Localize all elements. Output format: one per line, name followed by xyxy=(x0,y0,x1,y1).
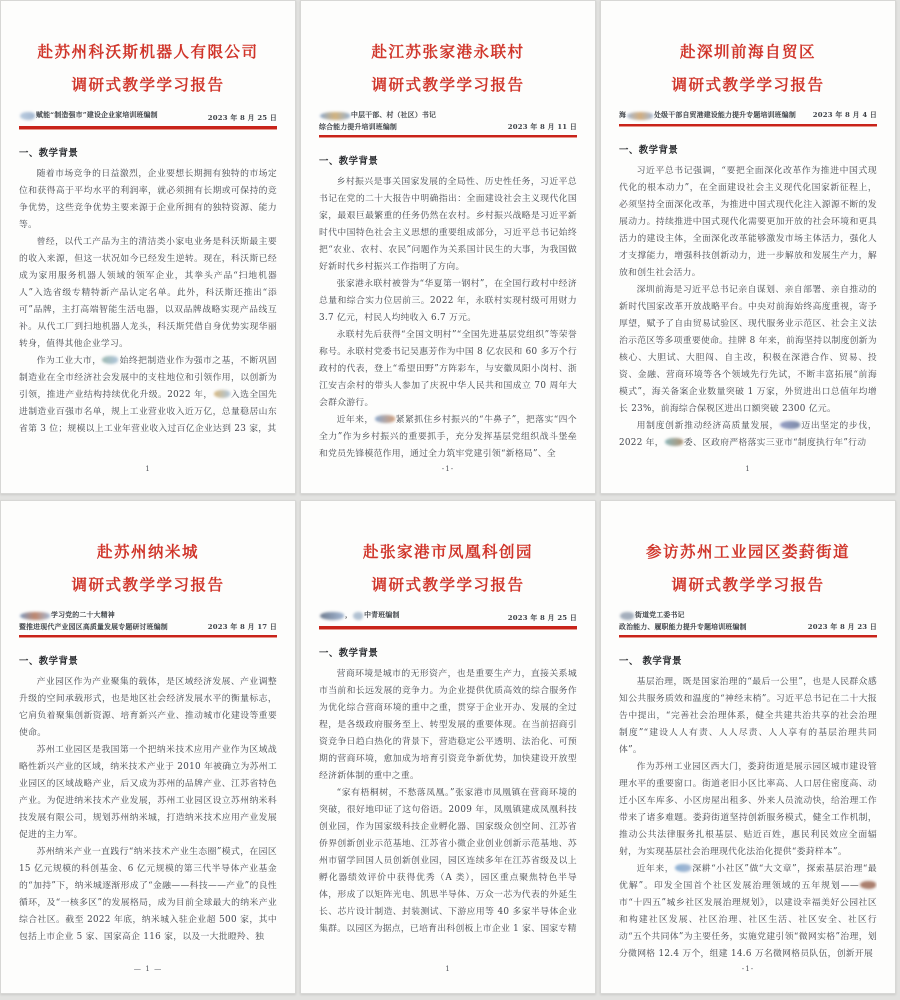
report-title-line2: 调研式教学学习报告 xyxy=(19,568,277,601)
header-line: 赋能“制造强市”建设企业家培训班编制2023 年 8 月 25 日 xyxy=(19,110,277,124)
header-divider-rule xyxy=(19,126,277,129)
redaction-blur xyxy=(675,864,691,872)
document-page: 赴江苏张家港永联村 调研式教学学习报告 中层干部、村（社区）书记综合能力提升培训… xyxy=(300,0,596,494)
header-date: 2023 年 8 月 11 日 xyxy=(508,122,577,134)
redaction-blur xyxy=(375,415,395,423)
body-paragraph: 深圳前海是习近平总书记亲自谋划、亲自部署、亲自推动的新时代国家改革开放战略平台。… xyxy=(619,282,877,418)
header-line: 海处级干部自贸港建设能力提升专题培训班编制2023 年 8 月 4 日 xyxy=(619,110,877,122)
body-paragraph: 乡村振兴是事关国家发展的全局性、历史性任务，习近平总书记在党的二十大报告中明确指… xyxy=(319,174,577,276)
header-date: 2023 年 8 月 23 日 xyxy=(808,622,877,634)
page-number: -1- xyxy=(301,464,595,473)
redaction-blur xyxy=(353,612,363,620)
report-title: 赴张家港市凤凰科创园 调研式教学学习报告 xyxy=(319,535,577,601)
documents-grid: 赴苏州科沃斯机器人有限公司 调研式教学学习报告 赋能“制造强市”建设企业家培训班… xyxy=(0,0,900,1000)
page-number: 1 xyxy=(301,964,595,973)
body-paragraph: 永联村先后获得“全国文明村”“全国先进基层党组织”等荣誉称号。永联村党委书记吴惠… xyxy=(319,327,577,412)
report-title-line2: 调研式教学学习报告 xyxy=(19,68,277,101)
redaction-blur xyxy=(320,112,350,120)
body-paragraph: 用制度创新推动经济高质量发展，迈出坚定的步伐，2022 年，委、区政府严格落实三… xyxy=(619,418,877,452)
report-header: 中层干部、村（社区）书记综合能力提升培训班编制2023 年 8 月 11 日 xyxy=(319,110,577,133)
header-line: 暨推进现代产业园区高质量发展专题研讨班编制2023 年 8 月 17 日 xyxy=(19,622,277,634)
report-title-line1: 赴张家港市凤凰科创园 xyxy=(319,535,577,568)
redaction-blur xyxy=(627,112,653,120)
document-page: 赴深圳前海自贸区 调研式教学学习报告 海处级干部自贸港建设能力提升专题培训班编制… xyxy=(600,0,896,494)
report-header: 海处级干部自贸港建设能力提升专题培训班编制2023 年 8 月 4 日 xyxy=(619,110,877,122)
body-paragraph: 近年来，紧紧抓住乡村振兴的“牛鼻子”，把落实“四个全力”作为乡村振兴的重要抓手，… xyxy=(319,412,577,463)
page-number: — 1 — xyxy=(1,964,295,973)
header-divider-rule xyxy=(319,135,577,138)
header-line: 学习党的二十大精神 xyxy=(19,610,277,622)
report-header: ，中青班编制2023 年 8 月 25 日 xyxy=(319,610,577,624)
body-paragraph: 基层治理，既是国家治理的“最后一公里”，也是人民群众感知公共服务质效和温度的“神… xyxy=(619,674,877,759)
report-title-line1: 赴苏州纳米城 xyxy=(19,535,277,568)
page-number: 1 xyxy=(1,464,295,473)
report-title-line1: 赴苏州科沃斯机器人有限公司 xyxy=(19,35,277,68)
section-heading: 一、教学背景 xyxy=(19,145,277,159)
report-body: 产业园区作为产业聚集的载体，是区域经济发展、产业调整升级的空间承载形式，也是地区… xyxy=(19,674,277,946)
body-paragraph: 产业园区作为产业聚集的载体，是区域经济发展、产业调整升级的空间承载形式，也是地区… xyxy=(19,674,277,742)
report-title: 赴江苏张家港永联村 调研式教学学习报告 xyxy=(319,35,577,101)
report-body: 随着市场竞争的日益激烈，企业要想长期拥有独特的市场定位和获得高于平均水平的利润率… xyxy=(19,166,277,438)
header-divider-rule xyxy=(19,635,277,638)
redaction-blur xyxy=(20,112,35,120)
redaction-blur xyxy=(320,612,344,620)
header-line: ，中青班编制2023 年 8 月 25 日 xyxy=(319,610,577,624)
header-class-info: 街道党工委书记 xyxy=(619,610,685,622)
redaction-blur xyxy=(780,421,800,429)
body-paragraph: 张家港永联村被誉为“华夏第一钢村”，在全国行政村中经济总量和综合实力位居前三。2… xyxy=(319,276,577,327)
body-paragraph: 营商环境是城市的无形资产，也是重要生产力，直接关系城市当前和长远发展的竞争力。为… xyxy=(319,666,577,785)
header-divider-rule xyxy=(619,635,877,638)
body-paragraph: “家有梧桐树，不愁落凤凰。”张家港市凤凰镇在营商环境的突破，很好地印证了这句俗语… xyxy=(319,785,577,938)
header-class-info: 综合能力提升培训班编制 xyxy=(319,122,397,134)
body-paragraph: 作为工业大市，始终把制造业作为强市之基，不断巩固制造业在全市经济社会发展中的支柱… xyxy=(19,353,277,438)
header-class-info: 学习党的二十大精神 xyxy=(19,610,115,622)
header-date: 2023 年 8 月 17 日 xyxy=(208,622,277,634)
redaction-blur xyxy=(102,356,118,364)
header-line: 政治能力、履职能力提升专题培训班编制2023 年 8 月 23 日 xyxy=(619,622,877,634)
report-body: 营商环境是城市的无形资产，也是重要生产力，直接关系城市当前和长远发展的竞争力。为… xyxy=(319,666,577,938)
report-body: 乡村振兴是事关国家发展的全局性、历史性任务，习近平总书记在党的二十大报告中明确指… xyxy=(319,174,577,463)
header-class-info: 政治能力、履职能力提升专题培训班编制 xyxy=(619,622,747,634)
section-heading: 一、 教学背景 xyxy=(619,653,877,667)
document-page: 赴苏州科沃斯机器人有限公司 调研式教学学习报告 赋能“制造强市”建设企业家培训班… xyxy=(0,0,296,494)
header-date: 2023 年 8 月 25 日 xyxy=(208,113,277,125)
page-number: 1 xyxy=(601,464,895,473)
redaction-blur xyxy=(214,390,230,398)
header-class-info: 中层干部、村（社区）书记 xyxy=(319,110,436,122)
body-paragraph: 作为苏州工业园区西大门，娄葑街道是展示园区城市建设管理水平的重要窗口。街道老旧小… xyxy=(619,759,877,861)
redaction-blur xyxy=(620,612,634,620)
report-header: 街道党工委书记政治能力、履职能力提升专题培训班编制2023 年 8 月 23 日 xyxy=(619,610,877,633)
report-body: 习近平总书记强调，“要把全面深化改革作为推进中国式现代化的根本动力”，在全面建设… xyxy=(619,163,877,452)
report-title: 赴苏州科沃斯机器人有限公司 调研式教学学习报告 xyxy=(19,35,277,101)
header-date: 2023 年 8 月 25 日 xyxy=(508,613,577,625)
header-line: 综合能力提升培训班编制2023 年 8 月 11 日 xyxy=(319,122,577,134)
report-title-line2: 调研式教学学习报告 xyxy=(319,568,577,601)
report-title: 赴深圳前海自贸区 调研式教学学习报告 xyxy=(619,35,877,101)
header-divider-rule xyxy=(619,124,877,127)
report-title-line2: 调研式教学学习报告 xyxy=(619,68,877,101)
report-title-line1: 赴江苏张家港永联村 xyxy=(319,35,577,68)
body-paragraph: 习近平总书记强调，“要把全面深化改革作为推进中国式现代化的根本动力”，在全面建设… xyxy=(619,163,877,282)
body-paragraph: 随着市场竞争的日益激烈，企业要想长期拥有独特的市场定位和获得高于平均水平的利润率… xyxy=(19,166,277,234)
redaction-blur xyxy=(860,881,876,889)
page-number: -1- xyxy=(601,964,895,973)
header-divider-rule xyxy=(319,626,577,629)
section-heading: 一、教学背景 xyxy=(19,653,277,667)
report-header: 赋能“制造强市”建设企业家培训班编制2023 年 8 月 25 日 xyxy=(19,110,277,124)
header-class-info: ，中青班编制 xyxy=(319,610,400,622)
header-class-info: 暨推进现代产业园区高质量发展专题研讨班编制 xyxy=(19,622,168,634)
report-title: 赴苏州纳米城 调研式教学学习报告 xyxy=(19,535,277,601)
report-title-line2: 调研式教学学习报告 xyxy=(319,68,577,101)
section-heading: 一、教学背景 xyxy=(319,153,577,167)
report-header: 学习党的二十大精神暨推进现代产业园区高质量发展专题研讨班编制2023 年 8 月… xyxy=(19,610,277,633)
header-class-info: 海处级干部自贸港建设能力提升专题培训班编制 xyxy=(619,110,796,122)
report-title-line1: 参访苏州工业园区娄葑街道 xyxy=(619,535,877,568)
body-paragraph: 曾经，以代工产品为主的清洁类小家电业务是科沃斯最主要的收入来源，但这一状况如今已… xyxy=(19,234,277,353)
report-title-line1: 赴深圳前海自贸区 xyxy=(619,35,877,68)
redaction-blur xyxy=(665,438,683,446)
report-title-line2: 调研式教学学习报告 xyxy=(619,568,877,601)
header-class-info: 赋能“制造强市”建设企业家培训班编制 xyxy=(19,110,158,122)
redaction-blur xyxy=(20,612,50,620)
report-body: 基层治理，既是国家治理的“最后一公里”，也是人民群众感知公共服务质效和温度的“神… xyxy=(619,674,877,963)
header-line: 中层干部、村（社区）书记 xyxy=(319,110,577,122)
header-date: 2023 年 8 月 4 日 xyxy=(813,110,877,122)
report-title: 参访苏州工业园区娄葑街道 调研式教学学习报告 xyxy=(619,535,877,601)
document-page: 赴张家港市凤凰科创园 调研式教学学习报告 ，中青班编制2023 年 8 月 25… xyxy=(300,500,596,994)
header-line: 街道党工委书记 xyxy=(619,610,877,622)
section-heading: 一、教学背景 xyxy=(319,645,577,659)
section-heading: 一、教学背景 xyxy=(619,142,877,156)
body-paragraph: 近年来，深耕“小社区”做“大文章”，探索基层治理“最优解”。印发全国首个社区发展… xyxy=(619,861,877,963)
document-page: 参访苏州工业园区娄葑街道 调研式教学学习报告 街道党工委书记政治能力、履职能力提… xyxy=(600,500,896,994)
body-paragraph: 苏州工业园区是我国第一个把纳米技术应用产业作为区域战略性新兴产业的区域，纳米技术… xyxy=(19,742,277,844)
body-paragraph: 苏州纳米产业一直践行“纳米技术产业生态圈”模式，在园区 15 亿元规模的科创基金… xyxy=(19,844,277,946)
document-page: 赴苏州纳米城 调研式教学学习报告 学习党的二十大精神暨推进现代产业园区高质量发展… xyxy=(0,500,296,994)
